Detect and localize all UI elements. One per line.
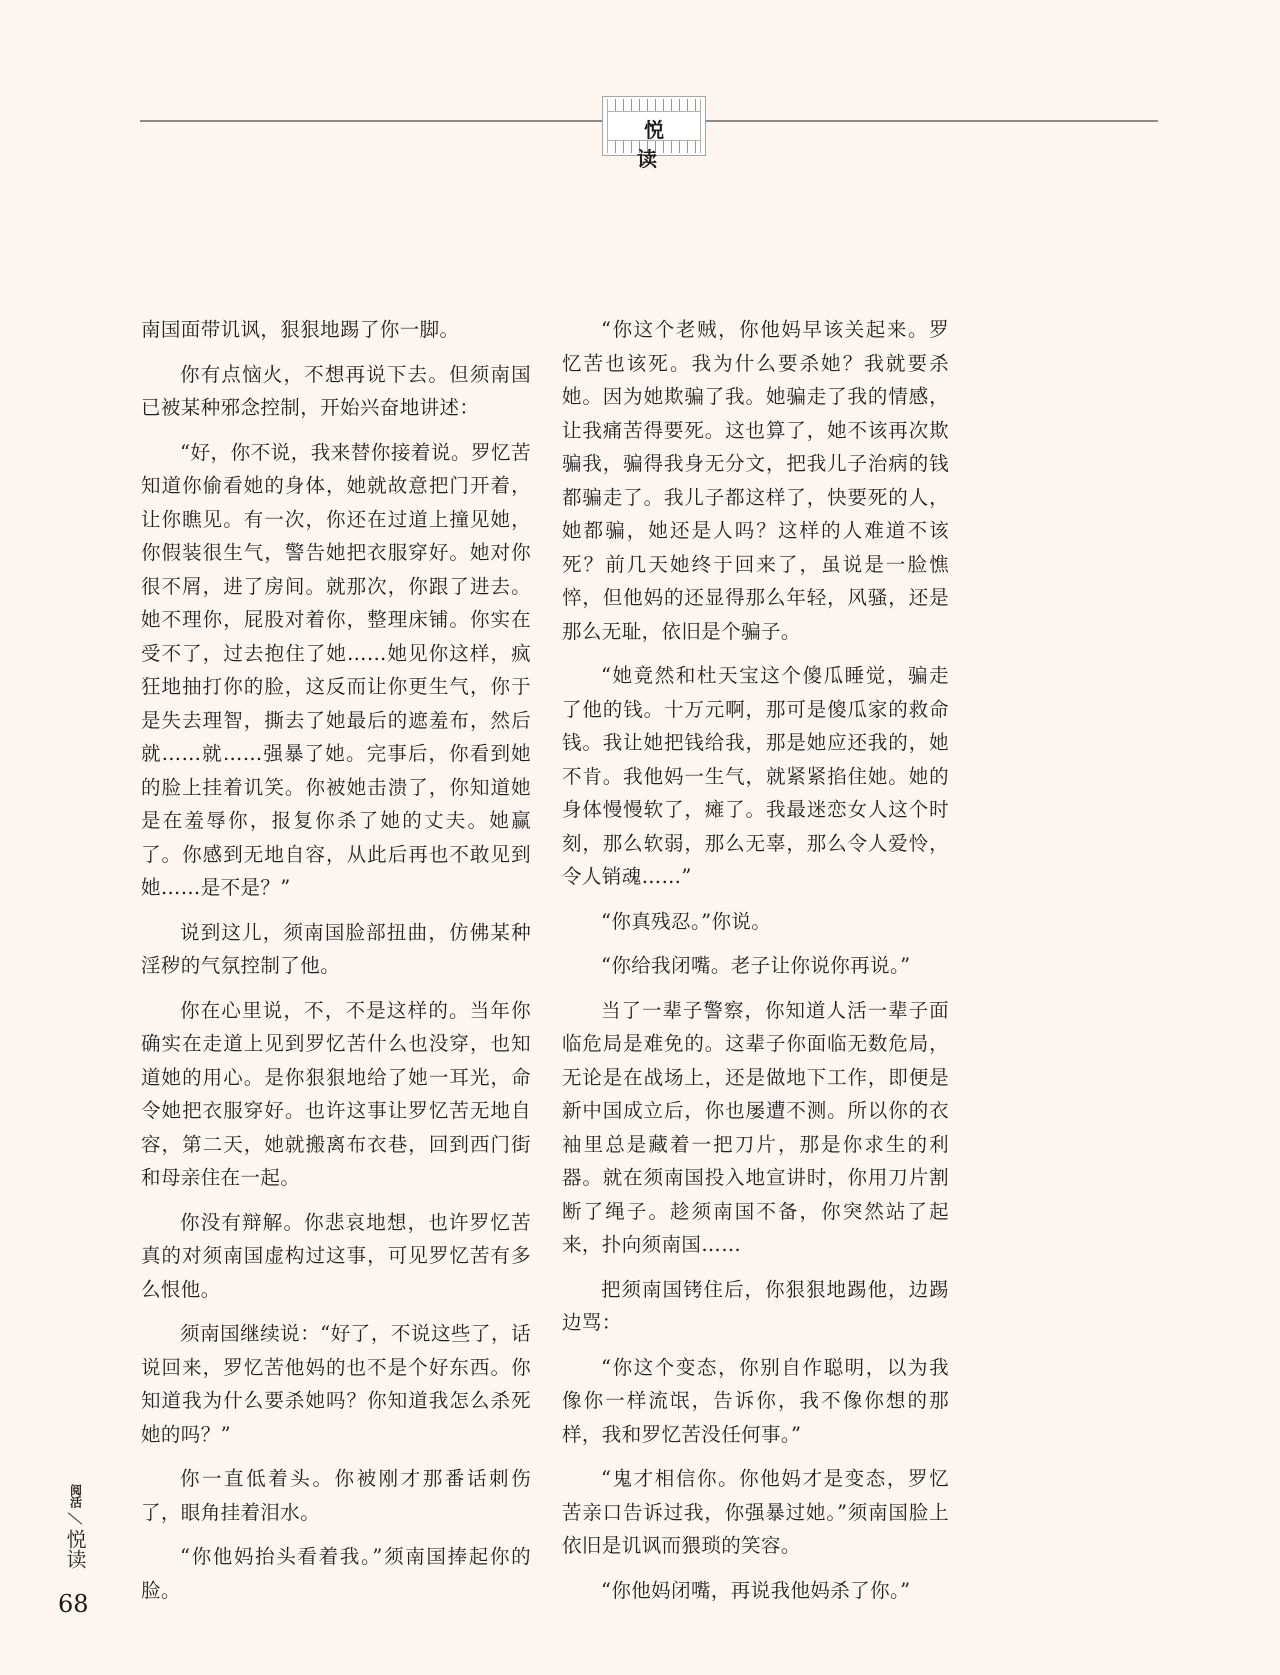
paragraph: “你他妈抬头看着我。”须南国捧起你的脸。 — [141, 1540, 531, 1607]
section-name: 悦读 — [64, 1529, 86, 1569]
header-rule-left — [140, 120, 602, 122]
page-number: 68 — [58, 1590, 89, 1618]
paragraph: 把须南国铐住后，你狠狠地踢他，边踢边骂： — [562, 1273, 949, 1340]
right-text-column: “你这个老贼，你他妈早该关起来。罗忆苦也该死。我为什么要杀她？我就要杀她。因为她… — [562, 313, 949, 1618]
slash-divider — [68, 1512, 82, 1524]
paragraph: 你一直低着头。你被刚才那番话刺伤了，眼角挂着泪水。 — [141, 1462, 531, 1529]
paragraph: 须南国继续说：“好了，不说这些了，话说回来，罗忆苦他妈的也不是个好东西。你知道我… — [141, 1317, 531, 1451]
left-text-column: 南国面带讥讽，狠狠地踢了你一脚。 你有点恼火，不想再说下去。但须南国已被某种邪念… — [141, 313, 531, 1618]
paragraph: “好，你不说，我来替你接着说。罗忆苦知道你偷看她的身体，她就故意把门开着，让你瞧… — [141, 436, 531, 905]
paragraph: “你他妈闭嘴，再说我他妈杀了你。” — [562, 1574, 949, 1608]
paragraph: 说到这儿，须南国脸部扭曲，仿佛某种淫秽的气氛控制了他。 — [141, 916, 531, 983]
paragraph: “你真残忍。”你说。 — [562, 905, 949, 939]
paragraph: “你这个老贼，你他妈早该关起来。罗忆苦也该死。我为什么要杀她？我就要杀她。因为她… — [562, 313, 949, 648]
badge-decoration-top — [607, 99, 701, 112]
section-badge: 悦 读 — [602, 96, 706, 156]
paragraph: 当了一辈子警察，你知道人活一辈子面临危局是难免的。这辈子你面临无数危局，无论是在… — [562, 994, 949, 1262]
magazine-sidebar-label: 阅活 悦读 — [60, 1484, 90, 1569]
paragraph: 你没有辩解。你悲哀地想，也许罗忆苦真的对须南国虚构过这事，可见罗忆苦有多么恨他。 — [141, 1206, 531, 1307]
paragraph: 你在心里说，不，不是这样的。当年你确实在走道上见到罗忆苦什么也没穿，也知道她的用… — [141, 994, 531, 1195]
paragraph: “她竟然和杜天宝这个傻瓜睡觉，骗走了他的钱。十万元啊，那可是傻瓜家的救命钱。我让… — [562, 659, 949, 894]
paragraph: “你这个变态，你别自作聪明，以为我像你一样流氓，告诉你，我不像你想的那样，我和罗… — [562, 1351, 949, 1452]
section-title: 悦 读 — [603, 114, 705, 172]
paragraph: “你给我闭嘴。老子让你说你再说。” — [562, 949, 949, 983]
magazine-name: 阅活 — [69, 1484, 82, 1508]
paragraph: “鬼才相信你。你他妈才是变态，罗忆苦亲口告诉过我，你强暴过她。”须南国脸上依旧是… — [562, 1462, 949, 1563]
paragraph: 南国面带讥讽，狠狠地踢了你一脚。 — [141, 313, 531, 347]
paragraph: 你有点恼火，不想再说下去。但须南国已被某种邪念控制，开始兴奋地讲述： — [141, 358, 531, 425]
header-rule-right — [706, 120, 1158, 122]
